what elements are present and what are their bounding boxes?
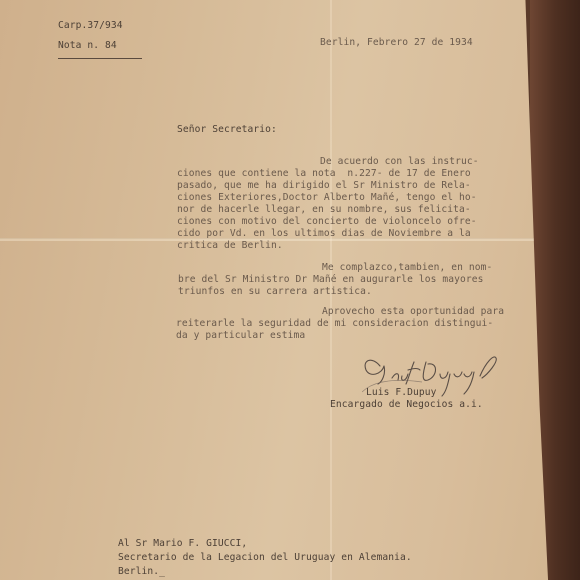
place-date: Berlin, Febrero 27 de 1934 — [320, 37, 473, 49]
addressee-city: Berlin._ — [118, 566, 165, 578]
reference-carpeta: Carp.37/934 — [58, 20, 123, 32]
signatory-name: Luis F.Dupuy — [366, 387, 437, 399]
paragraph-line: nor de hacerle llegar, en su nombre, sus… — [177, 204, 471, 216]
paragraph-line: triunfos en su carrera artistica. — [178, 286, 372, 298]
paragraph-line: cido por Vd. en los ultimos dias de Novi… — [177, 228, 471, 240]
reference-nota: Nota n. 84 — [58, 40, 117, 52]
paragraph-line: Me complazco,tambien, en nom- — [322, 262, 492, 274]
paragraph-line: Aprovecho esta oportunidad para — [322, 306, 504, 318]
addressee-name: Al Sr Mario F. GIUCCI, — [118, 538, 247, 550]
paragraph-line: bre del Sr Ministro Dr Mañé en augurarle… — [178, 274, 484, 286]
paragraph-line: critica de Berlin. — [177, 240, 283, 252]
paragraph-line: da y particular estima — [176, 330, 305, 342]
paragraph-line: pasado, que me ha dirigido el Sr Ministr… — [177, 180, 471, 192]
letter-paper: Carp.37/934 Nota n. 84 Berlin, Febrero 2… — [0, 0, 565, 580]
reference-underline — [58, 58, 142, 59]
paragraph-line: ciones con motivo del concierto de violo… — [177, 216, 477, 228]
signatory-title: Encargado de Negocios a.i. — [330, 399, 483, 411]
addressee-position: Secretario de la Legacion del Uruguay en… — [118, 552, 412, 564]
paragraph-line: De acuerdo con las instruc- — [320, 156, 479, 168]
paragraph-line: ciones Exteriores,Doctor Alberto Mañé, t… — [177, 192, 477, 204]
salutation: Señor Secretario: — [177, 124, 277, 136]
paragraph-line: ciones que contiene la nota n.227- de 17… — [177, 168, 471, 180]
paragraph-line: reiterarle la seguridad de mi considerac… — [176, 318, 493, 330]
